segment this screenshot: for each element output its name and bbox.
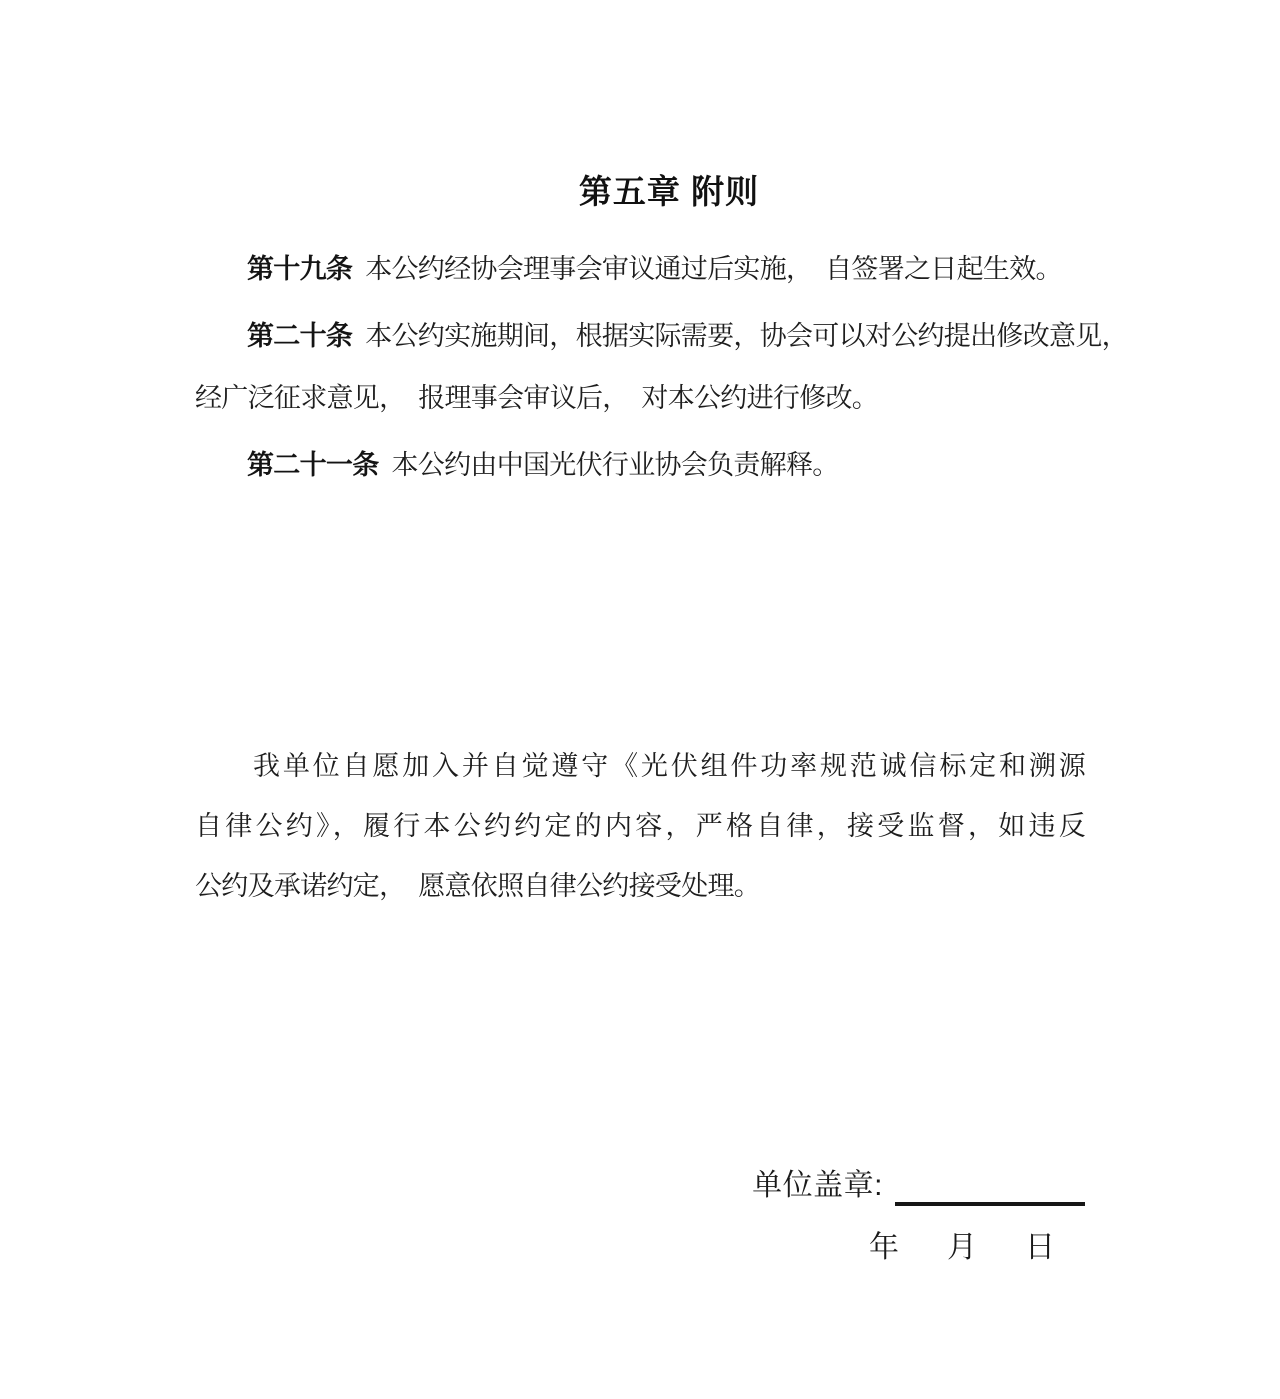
article-line: 第十九条本公约经协会理事会审议通过后实施， 自签署之日起生效。	[195, 238, 1085, 300]
article-21-text: 本公约由中国光伏行业协会负责解释。	[392, 450, 839, 480]
article-line: 第二十条本公约实施期间，根据实际需要，协会可以对公约提出修改意见，	[195, 305, 1085, 367]
article-21-number: 第二十一条	[247, 450, 379, 480]
pledge-paragraph: 我单位自愿加入并自觉遵守《光伏组件功率规范诚信标定和溯源 自律公约》，履行本公约…	[195, 736, 1085, 916]
pledge-line-1: 我单位自愿加入并自觉遵守《光伏组件功率规范诚信标定和溯源	[195, 736, 1085, 796]
article-20-number: 第二十条	[247, 321, 352, 351]
document-page: 第五章 附则 第十九条本公约经协会理事会审议通过后实施， 自签署之日起生效。 第…	[0, 0, 1280, 1399]
seal-blank-line	[895, 1202, 1085, 1206]
article-21: 第二十一条本公约由中国光伏行业协会负责解释。	[195, 434, 1085, 496]
article-20-text-line-1: 本公约实施期间，根据实际需要，协会可以对公约提出修改意见，	[365, 321, 1128, 351]
article-line: 第二十一条本公约由中国光伏行业协会负责解释。	[195, 434, 1085, 496]
article-19-text: 本公约经协会理事会审议通过后实施， 自签署之日起生效。	[365, 254, 1062, 284]
articles-section: 第十九条本公约经协会理事会审议通过后实施， 自签署之日起生效。 第二十条本公约实…	[195, 238, 1085, 496]
date-month-label: 月	[947, 1218, 977, 1278]
date-row: 年 月 日	[195, 1218, 1085, 1278]
chapter-title: 第五章 附则	[195, 170, 1085, 214]
pledge-line-2: 自律公约》，履行本公约约定的内容，严格自律，接受监督，如违反	[195, 796, 1085, 856]
article-20-text-line-2: 经广泛征求意见， 报理事会审议后， 对本公约进行修改。	[195, 367, 1085, 429]
pledge-line-3: 公约及承诺约定， 愿意依照自律公约接受处理。	[195, 856, 1085, 916]
seal-row: 单位盖章:	[195, 1160, 1085, 1212]
article-19: 第十九条本公约经协会理事会审议通过后实施， 自签署之日起生效。	[195, 238, 1085, 300]
article-19-number: 第十九条	[247, 254, 352, 284]
article-20: 第二十条本公约实施期间，根据实际需要，协会可以对公约提出修改意见， 经广泛征求意…	[195, 305, 1085, 429]
date-day-label: 日	[1025, 1218, 1055, 1278]
seal-label: 单位盖章:	[752, 1160, 883, 1212]
date-year-label: 年	[869, 1218, 899, 1278]
